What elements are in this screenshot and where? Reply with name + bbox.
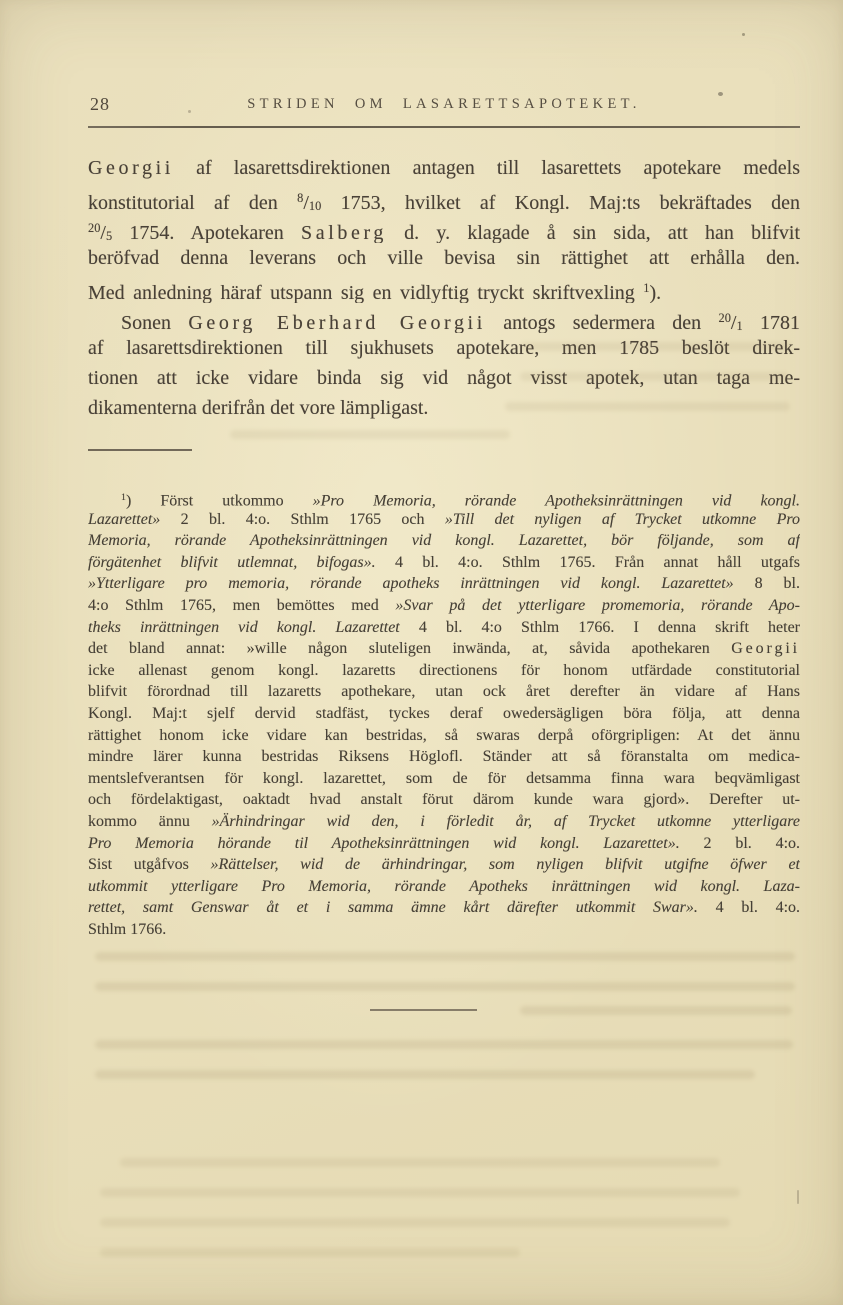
bleed-through-line — [95, 952, 795, 961]
text-line: rettet, samt Genswar åt et i samma ämne … — [88, 897, 800, 919]
text-line: »Ytterligare pro memoria, rörande apothe… — [88, 573, 800, 595]
bleed-through-line — [95, 1070, 755, 1079]
text-line: det bland annat: »wille någon sluteligen… — [88, 638, 800, 660]
text-line: dikamenterna derifrån det vore lämpligas… — [88, 393, 800, 423]
text-line: mindre lärer kunna bestridas Riksens Hög… — [88, 746, 800, 768]
text-line: Med anledning häraf utspann sig en vidly… — [88, 273, 800, 303]
text-line: 20/5 1754. Apotekaren Salberg d. y. klag… — [88, 213, 800, 243]
text-line: Lazarettet» 2 bl. 4:o. Sthlm 1765 och »T… — [88, 509, 800, 531]
text-line: blifvit förordnad till lazaretts apothek… — [88, 681, 800, 703]
text-line: Memoria, rörande Apotheksinrättningen vi… — [88, 530, 800, 552]
text-line: mentslefverantsen för kongl. lazarettet,… — [88, 768, 800, 790]
text-line: Georgii af lasarettsdirektionen antagen … — [88, 153, 800, 183]
book-page: 28 STRIDEN OM LASARETTSAPOTEKET. Georgii… — [0, 0, 843, 1305]
text-line: Sist utgåfvos »Rättelser, wid de ärhindr… — [88, 854, 800, 876]
text-line: Kongl. Maj:t sjelf dervid stadfäst, tyck… — [88, 703, 800, 725]
bleed-through-line — [120, 1158, 720, 1167]
paper-speck — [742, 33, 745, 36]
text-line: Pro Memoria hörande til Apotheksinrättni… — [88, 833, 800, 855]
body-text: Georgii af lasarettsdirektionen antagen … — [88, 153, 800, 423]
bleed-through-line — [100, 1218, 730, 1227]
text-line: theks inrättningen vid kongl. Lazarettet… — [88, 617, 800, 639]
bleed-through-line — [95, 1040, 793, 1049]
text-line: af lasarettsdirektionen till sjukhusets … — [88, 333, 800, 363]
bleed-through-line — [95, 982, 795, 991]
text-line: konstitutorial af den 8/10 1753, hvilket… — [88, 183, 800, 213]
bleed-through-line — [520, 1006, 792, 1015]
section-end-rule — [370, 1009, 477, 1011]
header-rule — [88, 126, 800, 128]
text-line: tionen att icke vidare binda sig vid någ… — [88, 363, 800, 393]
bleed-through-line — [100, 1188, 740, 1197]
text-line: kommo ännu »Ärhindringar wid den, i förl… — [88, 811, 800, 833]
footnote-text: 1) Först utkommo »Pro Memoria, rörande A… — [88, 487, 800, 940]
text-line: och fördelaktigast, oaktadt hvad anstalt… — [88, 789, 800, 811]
paper-speck — [797, 1190, 799, 1204]
text-line: beröfvad denna leverans och ville bevisa… — [88, 243, 800, 273]
bleed-through-line — [100, 1248, 520, 1257]
page-header: 28 STRIDEN OM LASARETTSAPOTEKET. — [88, 92, 800, 118]
footnote-separator-rule — [88, 449, 192, 451]
text-line: 1) Först utkommo »Pro Memoria, rörande A… — [88, 487, 800, 509]
text-line: Sonen Georg Eberhard Georgii antogs sede… — [88, 303, 800, 333]
text-line: icke allenast genom kongl. lazaretts dir… — [88, 660, 800, 682]
text-line: förgätenhet blifvit utlemnat, bifogas». … — [88, 552, 800, 574]
bleed-through-line — [230, 430, 510, 439]
text-line: 4:o Sthlm 1765, men bemöttes med »Svar p… — [88, 595, 800, 617]
text-line: rättighet honom icke vidare kan bestrida… — [88, 725, 800, 747]
running-title: STRIDEN OM LASARETTSAPOTEKET. — [88, 96, 800, 113]
text-line: utkommit ytterligare Pro Memoria, rörand… — [88, 876, 800, 898]
text-line: Sthlm 1766. — [88, 919, 800, 941]
